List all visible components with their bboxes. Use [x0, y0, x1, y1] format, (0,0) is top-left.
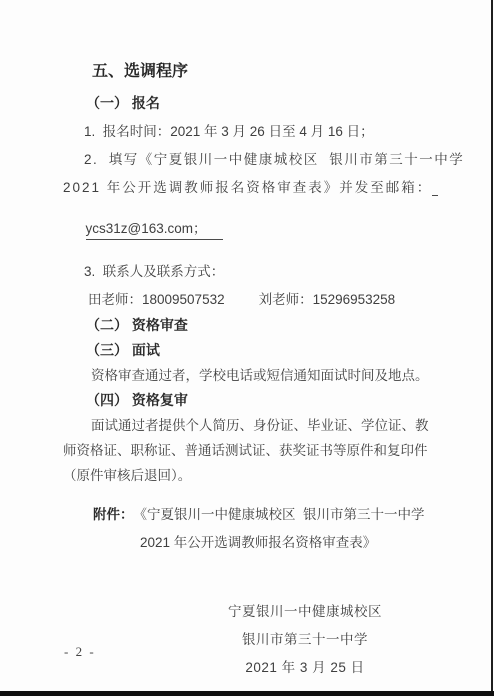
attachment-label: 附件：: [93, 501, 134, 529]
signature-org1: 宁夏银川一中健康城校区: [215, 598, 395, 626]
contact-tian: 田老师：18009507532: [88, 286, 225, 313]
subsection-signup-heading: （一） 报名: [63, 88, 434, 118]
signup-form-item-line1: 2. 填写《宁夏银川一中健康城校区 银川市第三十一中学: [63, 146, 434, 174]
contact-item: 3. 联系人及联系方式：: [63, 258, 434, 286]
page-number: - 2 -: [64, 644, 96, 660]
contact-liu: 刘老师：15296953258: [259, 286, 396, 313]
signup-time-item: 1. 报名时间：2021 年 3 月 26 日至 4 月 16 日；: [63, 118, 434, 146]
subsection-recheck-heading: （四） 资格复审: [63, 388, 434, 413]
subsection-review-heading: （二） 资格审查: [63, 313, 434, 338]
recheck-body-line3: （原件审核后退回）。: [63, 463, 434, 488]
document-page: 五、选调程序 （一） 报名 1. 报名时间：2021 年 3 月 26 日至 4…: [0, 0, 494, 698]
document-content: 五、选调程序 （一） 报名 1. 报名时间：2021 年 3 月 26 日至 4…: [63, 56, 434, 682]
signup-form-item-line2-text: 2021 年公开选调教师报名资格审查表》并发至邮箱：: [63, 174, 432, 202]
attachment-title-line2: 2021 年公开选调教师报名资格审查表》: [63, 529, 434, 557]
subsection-interview-heading: （三） 面试: [63, 338, 434, 363]
email-line: ycs31z@163.com；: [63, 202, 434, 258]
email-address: ycs31z@163.com；: [86, 220, 223, 240]
recheck-body-line1: 面试通过者提供个人简历、身份证、毕业证、学位证、教: [63, 413, 434, 438]
signature-org2: 银川市第三十一中学: [215, 626, 395, 654]
scan-edge-right: [491, 0, 493, 694]
recheck-body-line2: 师资格证、职称证、普通话测试证、获奖证书等原件和复印件: [63, 438, 434, 463]
contact-phones: 田老师：18009507532 刘老师：15296953258: [63, 286, 434, 313]
signature-date: 2021 年 3 月 25 日: [215, 654, 395, 682]
attachment-line1: 附件： 《宁夏银川一中健康城校区 银川市第三十一中学: [63, 501, 434, 529]
interview-body: 资格审查通过者，学校电话或短信通知面试时间及地点。: [63, 363, 434, 388]
signup-form-item-line2: 2021 年公开选调教师报名资格审查表》并发至邮箱：: [63, 174, 434, 202]
blank-underline: [432, 174, 438, 196]
signature-block: 宁夏银川一中健康城校区 银川市第三十一中学 2021 年 3 月 25 日: [215, 598, 395, 682]
attachment-title-line1: 《宁夏银川一中健康城校区 银川市第三十一中学: [134, 501, 425, 529]
section-heading: 五、选调程序: [63, 56, 434, 88]
scan-edge-bottom: [0, 691, 494, 696]
attachment-block: 附件： 《宁夏银川一中健康城校区 银川市第三十一中学 2021 年公开选调教师报…: [63, 501, 434, 557]
